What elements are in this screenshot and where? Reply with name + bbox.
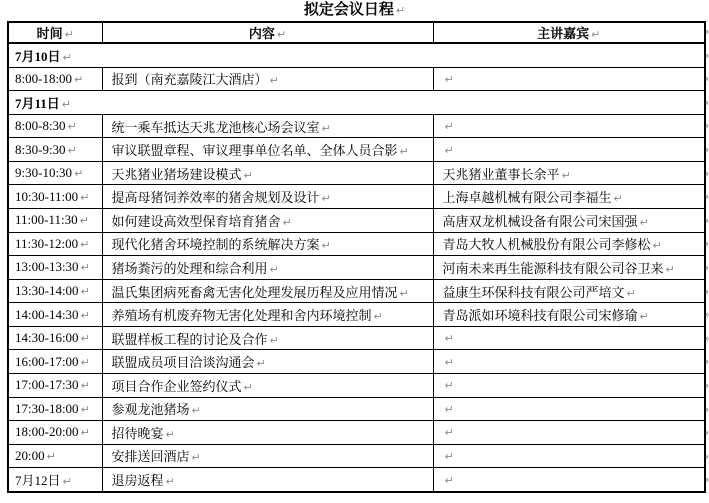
content-text: 提高母猪饲养效率的猪舍规划及设计 [112, 190, 320, 205]
content-cell[interactable]: 养殖场有机废弃物无害化处理和舍内环境控制↵ [102, 303, 433, 327]
time-cell[interactable]: 18:00-20:00↵ [8, 421, 102, 445]
content-text: 参观龙池猪场 [112, 402, 190, 417]
speaker-text: 上海卓越机械有限公司李福生 [443, 190, 612, 205]
paragraph-mark-icon: ↵ [81, 379, 90, 392]
paragraph-mark-icon: ↵ [653, 239, 662, 252]
paragraph-mark-icon: ↵ [81, 403, 90, 416]
date-text: 7月11日 [15, 96, 60, 111]
row-end-mark-icon: ↵ [705, 139, 709, 163]
schedule-row: 8:00-8:30↵ 统一乘车抵达天兆龙池核心场会议室↵ ↵ [8, 114, 705, 138]
paragraph-mark-icon: ↵ [445, 474, 454, 487]
schedule-row: 8:00-18:00↵ 报到（南充嘉陵江大酒店）↵ ↵ [8, 67, 705, 91]
row-end-mark-icon: ↵ [705, 92, 709, 116]
content-cell[interactable]: 统一乘车抵达天兆龙池核心场会议室↵ [102, 114, 433, 138]
paragraph-mark-icon: ↵ [80, 238, 89, 251]
schedule-row: 17:30-18:00↵ 参观龙池猪场↵ ↵ [8, 397, 705, 421]
paragraph-mark-icon: ↵ [322, 192, 331, 205]
speaker-cell[interactable]: 青岛大牧人机械股份有限公司李修松↵ [433, 232, 705, 256]
date-text: 7月10日 [15, 49, 61, 64]
paragraph-mark-icon: ↵ [63, 51, 72, 64]
paragraph-mark-icon: ↵ [63, 475, 72, 488]
content-cell[interactable]: 参观龙池猪场↵ [102, 397, 433, 421]
time-cell[interactable]: 17:30-18:00↵ [8, 397, 102, 421]
content-text: 现代化猪舍环境控制的系统解决方案 [112, 237, 320, 252]
schedule-row: 14:00-14:30↵ 养殖场有机废弃物无害化处理和舍内环境控制↵ 青岛派如环… [8, 303, 705, 327]
row-end-mark-icon: ↵ [705, 257, 709, 281]
speaker-cell[interactable]: 上海卓越机械有限公司李福生↵ [433, 185, 705, 209]
schedule-row: 11:30-12:00↵ 现代化猪舍环境控制的系统解决方案↵ 青岛大牧人机械股份… [8, 232, 705, 256]
schedule-row: 14:30-16:00↵ 联盟样板工程的讨论及合作↵ ↵ [8, 326, 705, 350]
time-text: 20:00 [15, 448, 45, 463]
time-text: 7月12日 [15, 473, 61, 488]
paragraph-mark-icon: ↵ [445, 426, 454, 439]
speaker-cell[interactable]: ↵ [433, 67, 705, 91]
paragraph-mark-icon: ↵ [445, 73, 454, 86]
time-cell[interactable]: 13:30-14:00↵ [8, 279, 102, 303]
speaker-text: 益康生环保科技有限公司严培文 [443, 285, 625, 300]
content-text: 审议联盟章程、审议理事单位名单、全体人员合影 [112, 143, 398, 158]
content-cell[interactable]: 天兆猪业猪场建设模式↵ [102, 161, 433, 185]
speaker-cell[interactable]: ↵ [433, 350, 705, 374]
content-cell[interactable]: 报到（南充嘉陵江大酒店）↵ [102, 67, 433, 91]
content-text: 退房返程 [112, 473, 164, 488]
content-cell[interactable]: 项目合作企业签约仪式↵ [102, 373, 433, 397]
paragraph-mark-icon: ↵ [614, 192, 623, 205]
schedule-row: 16:00-17:00↵ 联盟成员项目洽谈沟通会↵ ↵ [8, 350, 705, 374]
time-text: 9:30-10:30 [15, 165, 72, 180]
paragraph-mark-icon: ↵ [396, 4, 405, 17]
row-end-mark-icon: ↵ [705, 163, 709, 187]
paragraph-mark-icon: ↵ [81, 356, 90, 369]
schedule-row: 7月12日↵ 退房返程↵ ↵ [8, 468, 705, 492]
page-title-text: 拟定会议日程 [304, 2, 394, 18]
content-cell[interactable]: 提高母猪饲养效率的猪舍规划及设计↵ [102, 185, 433, 209]
row-end-mark-icon: ↵ [705, 304, 709, 328]
content-text: 如何建设高效型保育培育猪舍 [112, 214, 281, 229]
speaker-cell[interactable]: 青岛派如环境科技有限公司宋修瑜↵ [433, 303, 705, 327]
row-end-mark-icon: ↵ [705, 469, 709, 493]
schedule-row: 13:00-13:30↵ 猪场粪污的处理和综合利用↵ 河南未来再生能源科技有限公… [8, 256, 705, 280]
paragraph-mark-icon: ↵ [192, 451, 201, 464]
speaker-text: 高唐双龙机械设备有限公司宋国强 [443, 214, 638, 229]
content-cell[interactable]: 安排送回酒店↵ [102, 444, 433, 468]
schedule-row: 17:00-17:30↵ 项目合作企业签约仪式↵ ↵ [8, 373, 705, 397]
schedule-row: 20:00↵ 安排送回酒店↵ ↵ [8, 444, 705, 468]
paragraph-mark-icon: ↵ [74, 73, 83, 86]
time-text: 13:00-13:30 [15, 259, 79, 274]
paragraph-mark-icon: ↵ [81, 309, 90, 322]
row-end-mark-icon: ↵ [705, 21, 709, 45]
paragraph-mark-icon: ↵ [74, 167, 83, 180]
speaker-cell[interactable]: 天兆猪业董事长余平↵ [433, 161, 705, 185]
content-text: 温氏集团病死畜禽无害化处理发展历程及应用情况 [112, 285, 398, 300]
schedule-row: 11:00-11:30↵ 如何建设高效型保育培育猪舍↵ 高唐双龙机械设备有限公司… [8, 209, 705, 233]
time-cell[interactable]: 20:00↵ [8, 444, 102, 468]
paragraph-mark-icon: ↵ [445, 144, 454, 157]
paragraph-mark-icon: ↵ [322, 239, 331, 252]
content-cell[interactable]: 猪场粪污的处理和综合利用↵ [102, 256, 433, 280]
row-end-mark-icon: ↵ [705, 375, 709, 399]
document-page: 拟定会议日程↵ 时间↵ 内容↵ 主讲嘉宾↵ 7月10日↵ 8:00-18:00↵… [0, 0, 709, 503]
content-text: 统一乘车抵达天兆龙池核心场会议室 [112, 120, 320, 135]
content-text: 招待晚宴 [112, 426, 164, 441]
speaker-text: 天兆猪业董事长余平 [443, 167, 560, 182]
date-cell[interactable]: 7月10日↵ [8, 43, 705, 67]
paragraph-mark-icon: ↵ [65, 28, 74, 41]
time-text: 18:00-20:00 [15, 424, 79, 439]
content-text: 联盟样板工程的讨论及合作 [112, 332, 268, 347]
paragraph-mark-icon: ↵ [166, 475, 175, 488]
content-text: 联盟成员项目洽谈沟通会 [112, 355, 255, 370]
paragraph-mark-icon: ↵ [445, 120, 454, 133]
paragraph-mark-icon: ↵ [400, 145, 409, 158]
paragraph-mark-icon: ↵ [445, 450, 454, 463]
time-cell[interactable]: 7月12日↵ [8, 468, 102, 492]
time-cell[interactable]: 13:00-13:30↵ [8, 256, 102, 280]
content-cell[interactable]: 联盟样板工程的讨论及合作↵ [102, 326, 433, 350]
time-text: 13:30-14:00 [15, 283, 79, 298]
column-header-content[interactable]: 内容↵ [102, 22, 433, 43]
paragraph-mark-icon: ↵ [68, 120, 77, 133]
content-cell[interactable]: 温氏集团病死畜禽无害化处理发展历程及应用情况↵ [102, 279, 433, 303]
paragraph-mark-icon: ↵ [374, 310, 383, 323]
content-text: 猪场粪污的处理和综合利用 [112, 261, 268, 276]
time-text: 16:00-17:00 [15, 354, 79, 369]
column-header-time[interactable]: 时间↵ [8, 22, 102, 43]
row-end-mark-icon: ↵ [705, 281, 709, 305]
speaker-cell[interactable]: 高唐双龙机械设备有限公司宋国强↵ [433, 209, 705, 233]
time-text: 8:00-8:30 [15, 118, 66, 133]
speaker-text: 河南未来再生能源科技有限公司谷卫来 [443, 261, 664, 276]
paragraph-mark-icon: ↵ [81, 285, 90, 298]
paragraph-mark-icon: ↵ [81, 332, 90, 345]
row-end-mark-icon: ↵ [705, 233, 709, 257]
date-row: 7月11日↵ [8, 91, 705, 115]
paragraph-mark-icon: ↵ [270, 263, 279, 276]
time-cell[interactable]: 16:00-17:00↵ [8, 350, 102, 374]
paragraph-mark-icon: ↵ [192, 404, 201, 417]
schedule-row: 13:30-14:00↵ 温氏集团病死畜禽无害化处理发展历程及应用情况↵ 益康生… [8, 279, 705, 303]
row-end-mark-icon: ↵ [705, 328, 709, 352]
time-cell[interactable]: 14:00-14:30↵ [8, 303, 102, 327]
paragraph-mark-icon: ↵ [666, 263, 675, 276]
time-text: 11:00-11:30 [15, 212, 78, 227]
date-row: 7月10日↵ [8, 43, 705, 67]
content-cell[interactable]: 如何建设高效型保育培育猪舍↵ [102, 209, 433, 233]
time-text: 8:30-9:30 [15, 142, 66, 157]
time-text: 14:30-16:00 [15, 330, 79, 345]
speaker-cell[interactable]: 河南未来再生能源科技有限公司谷卫来↵ [433, 256, 705, 280]
paragraph-mark-icon: ↵ [445, 332, 454, 345]
paragraph-mark-icon: ↵ [244, 381, 253, 394]
paragraph-mark-icon: ↵ [627, 287, 636, 300]
schedule-row: 9:30-10:30↵ 天兆猪业猪场建设模式↵ 天兆猪业董事长余平↵ [8, 161, 705, 185]
column-header-speaker-label: 主讲嘉宾 [537, 26, 589, 41]
row-end-mark-icon: ↵ [705, 210, 709, 234]
row-end-mark-icon: ↵ [705, 399, 709, 423]
paragraph-mark-icon: ↵ [445, 379, 454, 392]
row-end-mark-icon: ↵ [705, 186, 709, 210]
paragraph-mark-icon: ↵ [81, 426, 90, 439]
paragraph-mark-icon: ↵ [640, 216, 649, 229]
speaker-cell[interactable]: ↵ [433, 444, 705, 468]
column-header-content-label: 内容 [249, 26, 275, 41]
paragraph-mark-icon: ↵ [400, 287, 409, 300]
content-cell[interactable]: 招待晚宴↵ [102, 421, 433, 445]
time-cell[interactable]: 14:30-16:00↵ [8, 326, 102, 350]
time-text: 17:30-18:00 [15, 401, 79, 416]
paragraph-mark-icon: ↵ [591, 28, 600, 41]
schedule-row: 8:30-9:30↵ 审议联盟章程、审议理事单位名单、全体人员合影↵ ↵ [8, 138, 705, 162]
paragraph-mark-icon: ↵ [257, 357, 266, 370]
time-text: 8:00-18:00 [15, 71, 72, 86]
paragraph-mark-icon: ↵ [270, 334, 279, 347]
date-cell[interactable]: 7月11日↵ [8, 91, 705, 115]
paragraph-mark-icon: ↵ [640, 310, 649, 323]
paragraph-mark-icon: ↵ [80, 191, 89, 204]
paragraph-mark-icon: ↵ [445, 356, 454, 369]
paragraph-mark-icon: ↵ [322, 122, 331, 135]
paragraph-mark-icon: ↵ [244, 169, 253, 182]
paragraph-mark-icon: ↵ [562, 169, 571, 182]
content-cell[interactable]: 联盟成员项目洽谈沟通会↵ [102, 350, 433, 374]
schedule-row: 18:00-20:00↵ 招待晚宴↵ ↵ [8, 421, 705, 445]
paragraph-mark-icon: ↵ [166, 428, 175, 441]
row-end-mark-icon: ↵ [705, 115, 709, 139]
time-cell[interactable]: 8:00-8:30↵ [8, 114, 102, 138]
schedule-table: 时间↵ 内容↵ 主讲嘉宾↵ 7月10日↵ 8:00-18:00↵ 报到（南充嘉陵… [7, 21, 706, 493]
paragraph-mark-icon: ↵ [62, 98, 71, 111]
speaker-cell[interactable]: ↵ [433, 373, 705, 397]
time-cell[interactable]: 10:30-11:00↵ [8, 185, 102, 209]
paragraph-mark-icon: ↵ [68, 144, 77, 157]
speaker-text: 青岛派如环境科技有限公司宋修瑜 [443, 308, 638, 323]
page-title: 拟定会议日程↵ [0, 0, 709, 20]
time-cell[interactable]: 9:30-10:30↵ [8, 161, 102, 185]
content-cell[interactable]: 退房返程↵ [102, 468, 433, 492]
speaker-cell[interactable]: ↵ [433, 421, 705, 445]
speaker-cell[interactable]: ↵ [433, 114, 705, 138]
row-end-mark-icon: ↵ [705, 422, 709, 446]
column-header-speaker[interactable]: 主讲嘉宾↵ [433, 22, 705, 43]
schedule-row: 10:30-11:00↵ 提高母猪饲养效率的猪舍规划及设计↵ 上海卓越机械有限公… [8, 185, 705, 209]
row-end-mark-icon: ↵ [705, 351, 709, 375]
time-text: 14:00-14:30 [15, 307, 79, 322]
content-text: 报到（南充嘉陵江大酒店） [112, 72, 268, 87]
time-text: 11:30-12:00 [15, 236, 78, 251]
speaker-cell[interactable]: ↵ [433, 326, 705, 350]
content-text: 安排送回酒店 [112, 449, 190, 464]
content-text: 项目合作企业签约仪式 [112, 379, 242, 394]
content-cell[interactable]: 现代化猪舍环境控制的系统解决方案↵ [102, 232, 433, 256]
row-end-mark-icon: ↵ [705, 45, 709, 69]
time-cell[interactable]: 11:00-11:30↵ [8, 209, 102, 233]
time-cell[interactable]: 17:00-17:30↵ [8, 373, 102, 397]
content-text: 养殖场有机废弃物无害化处理和舍内环境控制 [112, 308, 372, 323]
content-text: 天兆猪业猪场建设模式 [112, 167, 242, 182]
row-end-mark-icon: ↵ [705, 446, 709, 470]
row-end-markers: ↵↵↵↵↵↵↵↵↵↵↵↵↵↵↵↵↵↵↵↵ [705, 21, 709, 493]
speaker-cell[interactable]: ↵ [433, 397, 705, 421]
time-text: 10:30-11:00 [15, 189, 78, 204]
speaker-cell[interactable]: ↵ [433, 138, 705, 162]
paragraph-mark-icon: ↵ [445, 403, 454, 416]
time-cell[interactable]: 8:00-18:00↵ [8, 67, 102, 91]
row-end-mark-icon: ↵ [705, 68, 709, 92]
time-cell[interactable]: 11:30-12:00↵ [8, 232, 102, 256]
paragraph-mark-icon: ↵ [277, 28, 286, 41]
paragraph-mark-icon: ↵ [80, 214, 89, 227]
time-text: 17:00-17:30 [15, 377, 79, 392]
speaker-cell[interactable]: ↵ [433, 468, 705, 492]
speaker-text: 青岛大牧人机械股份有限公司李修松 [443, 237, 651, 252]
speaker-cell[interactable]: 益康生环保科技有限公司严培文↵ [433, 279, 705, 303]
table-header-row: 时间↵ 内容↵ 主讲嘉宾↵ [8, 22, 705, 43]
column-header-time-label: 时间 [37, 26, 63, 41]
paragraph-mark-icon: ↵ [47, 450, 56, 463]
paragraph-mark-icon: ↵ [283, 216, 292, 229]
time-cell[interactable]: 8:30-9:30↵ [8, 138, 102, 162]
paragraph-mark-icon: ↵ [81, 261, 90, 274]
content-cell[interactable]: 审议联盟章程、审议理事单位名单、全体人员合影↵ [102, 138, 433, 162]
paragraph-mark-icon: ↵ [270, 74, 279, 87]
